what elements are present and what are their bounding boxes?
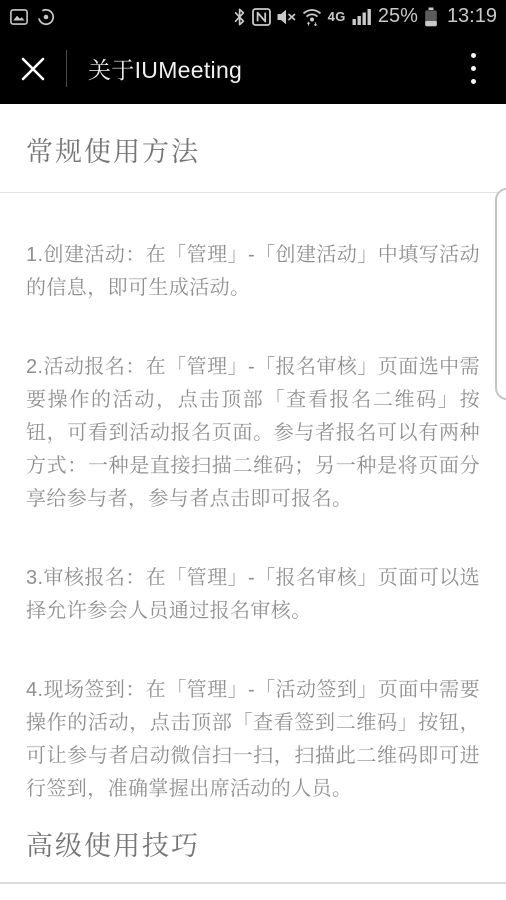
page-title: 关于IUMeeting: [88, 52, 242, 85]
section-title-general-usage: 常规使用方法: [26, 130, 480, 169]
clock-label: 13:19: [447, 5, 497, 28]
section-divider: [0, 882, 506, 884]
about-content: 常规使用方法 1.创建活动：在「管理」-「创建活动」中填写活动的信息，即可生成活…: [0, 130, 506, 884]
section-divider: [0, 192, 506, 193]
nav-bar: 关于IUMeeting: [0, 33, 506, 104]
status-bar: 4G 25% 13:19: [0, 0, 506, 33]
nav-divider: [66, 50, 67, 87]
phone-screen: 4G 25% 13:19: [0, 0, 506, 900]
signal-icon: [352, 8, 372, 25]
status-bar-left: [10, 8, 55, 26]
close-icon: [19, 55, 47, 83]
app-header: 4G 25% 13:19: [0, 0, 506, 104]
network-type-label: 4G: [328, 9, 346, 24]
battery-percent-label: 25%: [378, 5, 418, 28]
close-button[interactable]: [0, 33, 66, 104]
usage-step-4: 4.现场签到：在「管理」-「活动签到」页面中需要操作的活动，点击顶部「查看签到二…: [26, 674, 480, 806]
battery-icon: [424, 7, 438, 27]
alarm-notification-icon: [37, 8, 55, 26]
usage-step-1: 1.创建活动：在「管理」-「创建活动」中填写活动的信息，即可生成活动。: [26, 239, 480, 305]
wifi-icon: [302, 8, 322, 26]
usage-step-2: 2.活动报名：在「管理」-「报名审核」页面选中需要操作的活动，点击顶部「查看报名…: [26, 351, 480, 516]
scrollbar-thumb[interactable]: [495, 188, 506, 400]
bluetooth-icon: [233, 8, 246, 26]
gallery-notification-icon: [10, 9, 28, 25]
mute-icon: [277, 9, 296, 25]
usage-step-3: 3.审核报名：在「管理」-「报名审核」页面可以选择允许参会人员通过报名审核。: [26, 562, 480, 628]
nfc-icon: [252, 8, 271, 26]
overflow-menu-button[interactable]: [463, 33, 484, 104]
section-title-advanced-tips: 高级使用技巧: [26, 824, 480, 863]
status-bar-right: 4G 25% 13:19: [233, 5, 497, 28]
overflow-menu-icon: [471, 53, 476, 58]
